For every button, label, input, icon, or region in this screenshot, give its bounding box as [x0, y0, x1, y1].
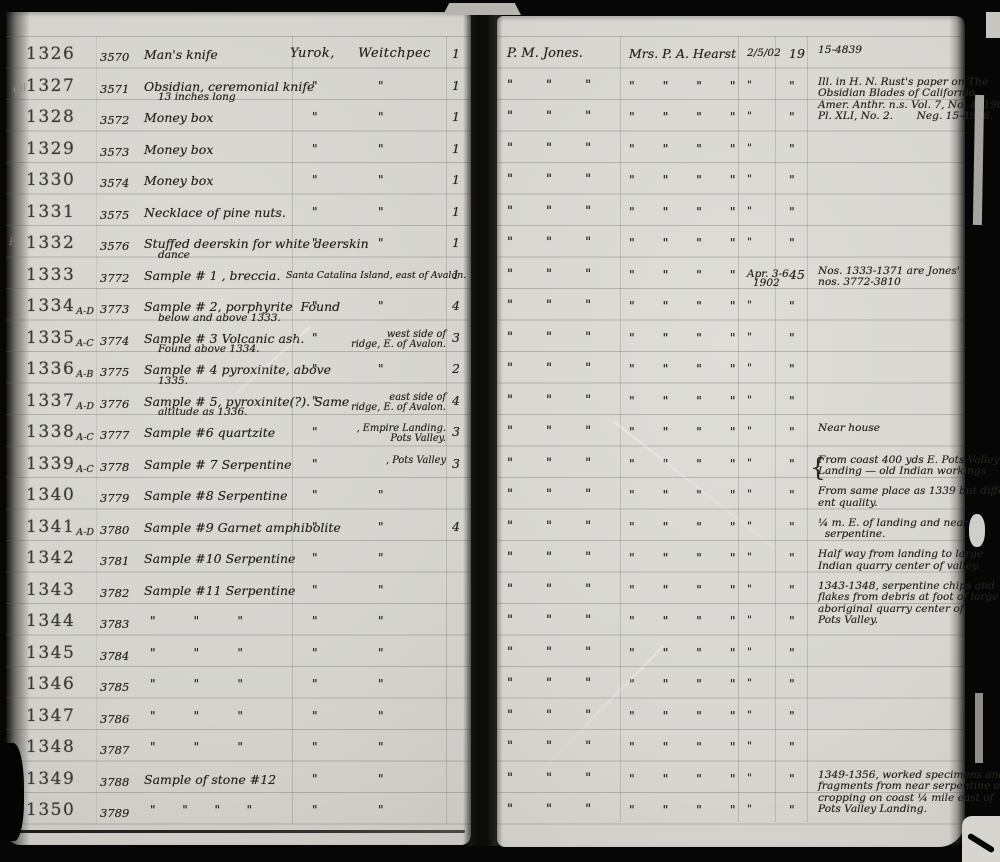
donor: " " " " — [629, 298, 735, 313]
ledger-row: 1345 3784 " " " " " — [6, 641, 471, 673]
locality-ditto: " — [312, 740, 318, 754]
donor: " " " " — [629, 645, 735, 660]
accession-number: 1339A-C — [26, 454, 94, 474]
ledger-row: " " " " " " " " " Half way from landing … — [497, 546, 965, 578]
notes: Nos. 1333-1371 are Jones' nos. 3772-3810 — [818, 266, 960, 289]
ledger-row: " " " " " " " " " Ill. in H. N. Rust's p… — [497, 74, 965, 106]
collector: " " " — [507, 582, 591, 597]
entry-number: " — [789, 582, 795, 597]
locality-ditto: " — [378, 488, 384, 502]
collector: " " " — [507, 267, 591, 282]
museum-number: 3785 — [100, 680, 129, 694]
donor: " " " " — [629, 519, 735, 534]
description: Sample # 7 Serpentine — [144, 457, 291, 472]
donor: " " " " — [629, 582, 735, 597]
locality-ditto: " — [378, 646, 384, 660]
entry-number: " — [789, 424, 795, 439]
locality-ditto: " — [312, 110, 318, 124]
quantity: 3 — [452, 330, 460, 345]
date: " — [747, 583, 752, 595]
collector: " " " — [507, 141, 591, 156]
museum-number: 3773 — [100, 302, 129, 316]
quantity: 1 — [452, 109, 460, 124]
entry-number: " — [789, 613, 795, 628]
quantity: 1 — [452, 141, 460, 156]
ledger-row: " " " " " " " " " — [497, 357, 965, 389]
museum-number: 3776 — [100, 397, 129, 411]
ledger-row: " " " " " " " " " Near house — [497, 420, 965, 452]
locality-ditto: " — [312, 551, 318, 565]
locality-note-line2: ridge, E. of Avalon. — [336, 402, 446, 413]
donor: " " " " — [629, 456, 735, 471]
quantity: 1 — [452, 46, 460, 61]
date: " — [747, 425, 752, 437]
accession-number: 1334A-D — [26, 296, 94, 316]
collector: " " " — [507, 550, 591, 565]
description-line2: 13 inches long — [158, 91, 236, 103]
ledger-row: 1337A-D 3776 Sample # 5, pyroxinite(?). … — [6, 389, 471, 421]
entry-number: " — [789, 456, 795, 471]
ledger-row: 1327 3571 Obsidian, ceremonial knife 13 … — [6, 74, 471, 106]
locality-ditto: " — [378, 551, 384, 565]
entry-number: " — [789, 487, 795, 502]
locality-ditto: " — [378, 142, 384, 156]
notes: From coast 400 yds E. Pots Valley Landin… — [818, 455, 1000, 478]
collector: " " " — [507, 613, 591, 628]
locality-small: Santa Catalina Island, east of Avalon. — [286, 270, 466, 281]
description: Necklace of pine nuts. — [144, 205, 286, 220]
ledger-row: " " " " " " " " " — [497, 609, 965, 641]
accession-number: 1350 — [26, 800, 76, 820]
date: " — [747, 740, 752, 752]
date: " — [747, 394, 752, 406]
museum-number: 3572 — [100, 113, 129, 127]
accession-number: 1349 — [26, 769, 76, 789]
museum-number: 3575 — [100, 208, 129, 222]
accession-letters: A-C — [76, 338, 93, 349]
museum-number: 3788 — [100, 775, 129, 789]
margin-pencil-mark: ell — [12, 81, 27, 96]
ledger-row: " " " " " " " " " — [497, 137, 965, 169]
collector: " " " — [507, 361, 591, 376]
collector: " " " — [507, 645, 591, 660]
entry-number: " — [789, 519, 795, 534]
description-ditto: " " " — [150, 740, 243, 754]
notes: Half way from landing to large Indian qu… — [818, 549, 983, 572]
collector: " " " — [507, 519, 591, 534]
notes: From same place as 1339 but differ- ent … — [818, 486, 1000, 509]
locality-ditto: " — [378, 79, 384, 93]
locality-ditto: " — [312, 362, 318, 376]
collector: " " " — [507, 109, 591, 124]
locality-ditto: " — [312, 646, 318, 660]
ledger-row: 1347 3786 " " " " " — [6, 704, 471, 736]
entry-number: " — [789, 298, 795, 313]
notes: Near house — [818, 423, 880, 435]
accession-number: 1335A-C — [26, 328, 94, 348]
quantity: 4 — [452, 393, 460, 408]
donor: " " " " — [629, 235, 735, 250]
donor: " " " " — [629, 393, 735, 408]
museum-number: 3783 — [100, 617, 129, 631]
ledger-row: 1338A-C 3777 Sample #6 quartzite " , Emp… — [6, 420, 471, 452]
collector: " " " — [507, 771, 591, 786]
donor: " " " " — [629, 802, 735, 817]
date: " — [747, 236, 752, 248]
description: Sample #11 Serpentine — [144, 583, 295, 598]
collector: " " " — [507, 802, 591, 817]
entry-number: " — [789, 771, 795, 786]
entry-number: " — [789, 708, 795, 723]
locality-ditto: " — [378, 583, 384, 597]
accession-number: 1328 — [26, 107, 76, 127]
ledger-row: 1331 3575 Necklace of pine nuts. " " 1 — [6, 200, 471, 232]
ledger-row: 1336A-B 3775 Sample # 4 pyroxinite, abov… — [6, 357, 471, 389]
description: Sample #8 Serpentine — [144, 488, 288, 503]
date: " — [747, 173, 752, 185]
locality-note-line1: , Pots Valley — [336, 455, 446, 466]
quantity: 1 — [452, 235, 460, 250]
accession-number: 1336A-B — [26, 359, 93, 379]
locality-ditto: " — [312, 425, 318, 439]
entry-number: 45 — [789, 267, 805, 282]
ledger-row: " " " " " " " " " From same place as 133… — [497, 483, 965, 515]
quantity: 4 — [452, 298, 460, 313]
accession-number: 1341A-D — [26, 517, 94, 537]
ledger-row: " " " " " " " " " — [497, 672, 965, 704]
donor: " " " " — [629, 267, 735, 282]
accession-number: 1329 — [26, 139, 76, 159]
ledger-row: 1340 3779 Sample #8 Serpentine " " — [6, 483, 471, 515]
date: " — [747, 362, 752, 374]
collector: " " " — [507, 393, 591, 408]
ledger-row: " " " " " " " " " — [497, 704, 965, 736]
locality-ditto: " — [378, 677, 384, 691]
date: " — [747, 110, 752, 122]
description: Money box — [144, 110, 213, 125]
date-line2: 1902 — [753, 277, 780, 289]
museum-number: 3786 — [100, 712, 129, 726]
locality-ditto: " — [378, 236, 384, 250]
date: " — [747, 299, 752, 311]
ledger-row: " " " " " " " " " — [497, 798, 965, 830]
locality-ditto: " — [378, 772, 384, 786]
date: " — [747, 520, 752, 532]
accession-number: 1340 — [26, 485, 76, 505]
locality-ditto: " — [378, 299, 384, 313]
ledger-row: 1346 3785 " " " " " — [6, 672, 471, 704]
ledger-row: " " " " " " " " " — [497, 105, 965, 137]
left-page: 1326 3570 Man's knife Yurok, Weitchpec 1… — [6, 12, 471, 845]
locality-ditto: " — [312, 299, 318, 313]
description-line2: below and above 1333. — [158, 312, 281, 324]
quantity: 1 — [452, 78, 460, 93]
entry-number: " — [789, 645, 795, 660]
locality-ditto: " — [312, 457, 318, 471]
ledger-row: " " " " " " " " " — [497, 231, 965, 263]
entry-number: " — [789, 330, 795, 345]
museum-number: 3774 — [100, 334, 129, 348]
date: " — [747, 142, 752, 154]
locality-ditto: " — [312, 173, 318, 187]
page-bottom-edge — [10, 830, 465, 833]
donor: " " " " — [629, 78, 735, 93]
ledger-row: " " " " " " " " " ¼ m. E. of landing and… — [497, 515, 965, 547]
locality-ditto: " — [378, 709, 384, 723]
donor: " " " " — [629, 550, 735, 565]
ledger-row: " " " " " " " " " 1343-1348, serpentine … — [497, 578, 965, 610]
date: " — [747, 614, 752, 626]
ledger-row: " " " " " " " " " — [497, 735, 965, 767]
accession-letters: A-D — [76, 527, 94, 538]
donor: " " " " — [629, 771, 735, 786]
ledger-row: " " " " " " " " " — [497, 326, 965, 358]
description: Money box — [144, 173, 213, 188]
quantity: 1 — [452, 172, 460, 187]
date: " — [747, 331, 752, 343]
locality-ditto: " — [312, 772, 318, 786]
ledger-row: " " " " " " " " " 1349-1356, worked spec… — [497, 767, 965, 799]
accession-number: 1332 — [26, 233, 76, 253]
ledger-row: 1329 3573 Money box " " 1 — [6, 137, 471, 169]
collector: " " " — [507, 708, 591, 723]
locality-ditto: " — [378, 362, 384, 376]
ledger-row: 1341A-D 3780 Sample #9 Garnet amphibolit… — [6, 515, 471, 547]
date: " — [747, 488, 752, 500]
donor: Mrs. P. A. Hearst — [629, 46, 736, 61]
museum-number: 3574 — [100, 176, 129, 190]
accession-number: 1348 — [26, 737, 76, 757]
collector: " " " — [507, 676, 591, 691]
accession-number: 1337A-D — [26, 391, 94, 411]
collector: P. M. Jones. — [507, 46, 583, 61]
quantity: 4 — [452, 519, 460, 534]
accession-number: 1343 — [26, 580, 76, 600]
ledger-row: " " " " " " " " " — [497, 168, 965, 200]
description-ditto: " " " " — [150, 803, 252, 817]
locality-ditto: " — [312, 488, 318, 502]
accession-number: 1342 — [26, 548, 76, 568]
description-line2: altitude as 1336. — [158, 406, 248, 418]
ledger-row: 1334A-D 3773 Sample # 2, porphyrite Foun… — [6, 294, 471, 326]
museum-number: 3782 — [100, 586, 129, 600]
locality-ditto: " — [312, 331, 318, 345]
locality-note-line2: ridge, E. of Avalon. — [336, 339, 446, 350]
date: " — [747, 551, 752, 563]
collector: " " " — [507, 204, 591, 219]
collector: " " " — [507, 424, 591, 439]
quantity: 2 — [452, 361, 460, 376]
collector: " " " — [507, 172, 591, 187]
ledger-row: " " " " " " " " " — [497, 389, 965, 421]
description-ditto: " " " — [150, 677, 243, 691]
margin-pencil-mark: P — [9, 237, 16, 248]
description-line2: 1335. — [158, 375, 188, 387]
page-corner-artifact — [962, 816, 1000, 862]
locality: Yurok, Weitchpec — [290, 46, 431, 61]
ledger-row: 1335A-C 3774 Sample # 3 Volcanic ash. Fo… — [6, 326, 471, 358]
accession-number: 1331 — [26, 202, 76, 222]
date: 2/5/02 — [747, 47, 781, 59]
collector: " " " — [507, 456, 591, 471]
locality-ditto: " — [378, 110, 384, 124]
museum-number: 3777 — [100, 428, 129, 442]
scanned-ledger-photo: 1326 3570 Man's knife Yurok, Weitchpec 1… — [0, 0, 1000, 862]
date: " — [747, 772, 752, 784]
scan-artifact — [986, 12, 1000, 38]
accession-number: 1327 — [26, 76, 76, 96]
quantity: 1 — [452, 204, 460, 219]
page-edge-artifact — [975, 693, 983, 763]
description: Man's knife — [144, 47, 218, 62]
museum-number: 3570 — [100, 50, 129, 64]
ledger-row: 1344 3783 " " " " " — [6, 609, 471, 641]
donor: " " " " — [629, 361, 735, 376]
entry-number: " — [789, 361, 795, 376]
quantity: 1 — [452, 267, 460, 282]
locality-ditto: " — [312, 205, 318, 219]
collector: " " " — [507, 739, 591, 754]
locality-ditto: " — [378, 614, 384, 628]
accession-number: 1326 — [26, 44, 76, 64]
collector: " " " — [507, 78, 591, 93]
ledger-row: 1350 3789 " " " " " " — [6, 798, 471, 830]
ledger-row: 1333 3772 Sample # 1 , breccia. Santa Ca… — [6, 263, 471, 295]
date: " — [747, 803, 752, 815]
entry-number: " — [789, 235, 795, 250]
donor: " " " " — [629, 204, 735, 219]
collector: " " " — [507, 235, 591, 250]
description: Sample of stone #12 — [144, 772, 276, 787]
locality-ditto: " — [312, 520, 318, 534]
museum-number: 3781 — [100, 554, 129, 568]
entry-number: 19 — [789, 46, 805, 61]
scan-artifact — [969, 514, 985, 547]
ledger-row: " " " " " " " " " — [497, 641, 965, 673]
museum-number: 3779 — [100, 491, 129, 505]
locality-ditto: " — [378, 803, 384, 817]
description: Money box — [144, 142, 213, 157]
right-page: P. M. Jones. Mrs. P. A. Hearst 2/5/02 19… — [497, 16, 965, 847]
locality-note-line2: Pots Valley. — [336, 433, 446, 444]
museum-number: 3772 — [100, 271, 129, 285]
accession-number: 1338A-C — [26, 422, 94, 442]
donor: " " " " — [629, 424, 735, 439]
locality-ditto: " — [312, 79, 318, 93]
ink-slash-artifact — [967, 833, 996, 854]
date: " — [747, 457, 752, 469]
accession-number: 1346 — [26, 674, 76, 694]
museum-number: 3780 — [100, 523, 129, 537]
locality-ditto: " — [312, 394, 318, 408]
ledger-row: 1326 3570 Man's knife Yurok, Weitchpec 1 — [6, 42, 471, 74]
entry-number: " — [789, 739, 795, 754]
museum-number: 3576 — [100, 239, 129, 253]
ledger-row: 1328 3572 Money box " " 1 — [6, 105, 471, 137]
notes: 15-4839 — [818, 45, 862, 57]
collector: " " " — [507, 487, 591, 502]
ledger-row: 1332 3576 Stuffed deerskin for white dee… — [6, 231, 471, 263]
quantity: 3 — [452, 456, 460, 471]
locality-ditto: " — [312, 614, 318, 628]
date: " — [747, 205, 752, 217]
description-ditto: " " " — [150, 614, 243, 628]
donor: " " " " — [629, 330, 735, 345]
description-ditto: " " " — [150, 709, 243, 723]
description-line2: Found above 1334. — [158, 343, 259, 355]
notes: ¼ m. E. of landing and near serpentine. — [818, 518, 968, 541]
entry-number: " — [789, 172, 795, 187]
entry-number: " — [789, 550, 795, 565]
accession-letters: A-D — [76, 306, 94, 317]
collector: " " " — [507, 298, 591, 313]
accession-letters: A-C — [76, 464, 93, 475]
entry-number: " — [789, 393, 795, 408]
donor: " " " " — [629, 487, 735, 502]
quantity: 3 — [452, 424, 460, 439]
accession-number: 1347 — [26, 706, 76, 726]
description: Sample #6 quartzite — [144, 425, 275, 440]
description: Sample #10 Serpentine — [144, 551, 295, 566]
entry-number: " — [789, 141, 795, 156]
accession-letters: A-D — [76, 401, 94, 412]
locality-ditto: " — [378, 173, 384, 187]
ledger-row: 1339A-C 3778 Sample # 7 Serpentine " , P… — [6, 452, 471, 484]
ledger-row: 1330 3574 Money box " " 1 — [6, 168, 471, 200]
ledger-row: 1342 3781 Sample #10 Serpentine " " — [6, 546, 471, 578]
ledger-row: 1343 3782 Sample #11 Serpentine " " — [6, 578, 471, 610]
accession-number: 1344 — [26, 611, 76, 631]
donor: " " " " — [629, 172, 735, 187]
ledger-row: 1349 3788 Sample of stone #12 " " — [6, 767, 471, 799]
date: " — [747, 677, 752, 689]
locality-ditto: " — [312, 236, 318, 250]
museum-number: 3787 — [100, 743, 129, 757]
locality-ditto: " — [378, 205, 384, 219]
locality-ditto: " — [378, 740, 384, 754]
donor: " " " " — [629, 141, 735, 156]
description-ditto: " " " — [150, 646, 243, 660]
collector: " " " — [507, 330, 591, 345]
museum-number: 3573 — [100, 145, 129, 159]
locality-ditto: " — [312, 142, 318, 156]
ledger-row: 1348 3787 " " " " " — [6, 735, 471, 767]
accession-letters: A-C — [76, 432, 93, 443]
accession-number: 1333 — [26, 265, 76, 285]
museum-number: 3775 — [100, 365, 129, 379]
donor: " " " " — [629, 676, 735, 691]
entry-number: " — [789, 802, 795, 817]
locality-ditto: " — [312, 709, 318, 723]
donor: " " " " — [629, 739, 735, 754]
donor: " " " " — [629, 613, 735, 628]
accession-number: 1330 — [26, 170, 76, 190]
entry-number: " — [789, 204, 795, 219]
museum-number: 3784 — [100, 649, 129, 663]
entry-number: " — [789, 78, 795, 93]
ledger-row: " " " " " " " " " — [497, 294, 965, 326]
ledger-row: P. M. Jones. Mrs. P. A. Hearst 2/5/02 19… — [497, 42, 965, 74]
description-line2: dance — [158, 249, 190, 261]
locality-ditto: " — [312, 583, 318, 597]
date: " — [747, 79, 752, 91]
locality-ditto: " — [312, 677, 318, 691]
donor: " " " " — [629, 708, 735, 723]
accession-number: 1345 — [26, 643, 76, 663]
entry-number: " — [789, 109, 795, 124]
description: Sample # 1 , breccia. — [144, 268, 280, 283]
museum-number: 3789 — [100, 806, 129, 820]
